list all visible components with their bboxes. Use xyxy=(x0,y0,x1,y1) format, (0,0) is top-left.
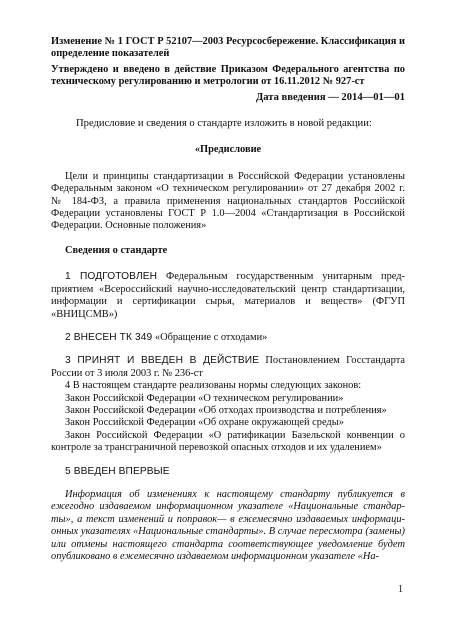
foreword-text: Цели и принципы стандартизации в Российс… xyxy=(51,171,405,233)
intro-text: Предисловие и сведения о стандарте излож… xyxy=(51,118,405,130)
item-5: 5 ВВЕДЕН ВПЕРВЫЕ xyxy=(51,466,405,478)
page-number: 1 xyxy=(398,584,403,595)
effective-date: Дата введения — 2014—01—01 xyxy=(51,92,405,104)
item-3-lead: 3 ПРИНЯТ И ВВЕДЕН В ДЕЙСТВИЕ xyxy=(65,355,259,366)
law-3: Закон Российской Федерации «Об охране ок… xyxy=(51,417,405,429)
item-2: 2 ВНЕСЕН ТК 349 «Обращение с отходами» xyxy=(51,332,405,344)
law-2: Закон Российской Федерации «Об отходах п… xyxy=(51,405,405,417)
approval-statement: Утверждено и введено в действие Приказом… xyxy=(51,64,405,89)
item-4: 4 В настоящем стандарте реализованы норм… xyxy=(51,380,405,392)
law-1: Закон Российской Федерации «О техническо… xyxy=(51,393,405,405)
amendment-title: Изменение № 1 ГОСТ Р 52107—2003 Ресурсос… xyxy=(51,36,405,61)
foreword-heading: «Предисловие xyxy=(51,144,405,156)
item-2-text: «Обращение с отходами» xyxy=(152,332,267,343)
document-page: Изменение № 1 ГОСТ Р 52107—2003 Ресурсос… xyxy=(51,36,405,563)
item-1: 1 ПОДГОТОВЛЕН Федеральным государственны… xyxy=(51,271,405,321)
item-3: 3 ПРИНЯТ И ВВЕДЕН В ДЕЙСТВИЕ Постановлен… xyxy=(51,355,405,380)
info-notice: Информация об изменениях к настоящему ст… xyxy=(51,489,405,563)
law-4: Закон Российской Федерации «О ратификаци… xyxy=(51,430,405,455)
item-2-lead: 2 ВНЕСЕН ТК 349 xyxy=(65,332,152,343)
item-1-lead: 1 ПОДГОТОВЛЕН xyxy=(65,271,157,282)
info-heading: Сведения о стандарте xyxy=(51,245,405,257)
